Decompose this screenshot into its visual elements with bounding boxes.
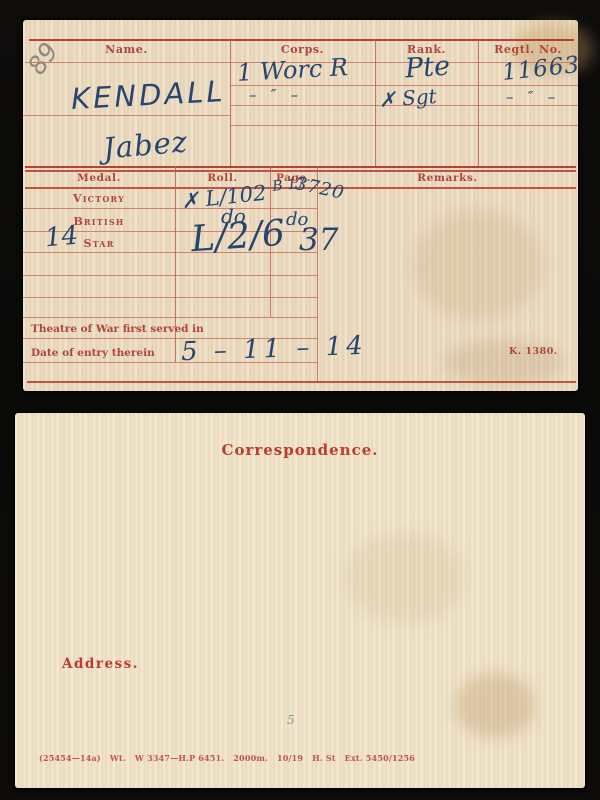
date-of-entry-value: 5 – 11 – 14 [181, 331, 368, 367]
corps-ditto: – ″ – [249, 86, 298, 104]
ruled-line [230, 125, 578, 126]
ruled-line [23, 275, 317, 276]
theatre-of-war-label: Theatre of War first served in [31, 323, 204, 335]
scanner-background: 89 Name. Corps. Rank. Regtl. No. KENDALL… [0, 0, 600, 800]
corps-column-header: Corps. [230, 43, 375, 56]
star-roll-value: L/2/6 [190, 213, 287, 260]
rank-value: Pte [404, 50, 451, 84]
victory-medal-label: Victory [23, 192, 175, 205]
date-of-entry-label: Date of entry therein [31, 347, 155, 359]
medal-index-card-back: Correspondence. Address. 5 (25454—14a) W… [15, 413, 585, 788]
form-reference: K. 1380. [509, 346, 558, 357]
medal-column-header: Medal. [23, 172, 175, 184]
ruled-line [23, 115, 230, 116]
column-divider [230, 39, 231, 167]
column-divider [478, 39, 479, 167]
surname-value: KENDALL [70, 74, 226, 116]
ruled-line [23, 297, 317, 298]
address-label: Address. [62, 656, 139, 672]
forename-value: Jabez [102, 124, 190, 165]
ruled-line [25, 166, 576, 168]
star-prefix-value: 14 [44, 221, 80, 254]
remarks-column-header: Remarks. [317, 172, 578, 184]
column-divider [375, 39, 376, 167]
rank-promotion-value: ✗ Sgt [378, 84, 437, 112]
regtl-no-ditto: – ″ – [506, 88, 555, 106]
printer-imprint: (25454—14a) Wt. W 3347—H.P 6451. 2000m. … [39, 753, 415, 763]
correspondence-title: Correspondence. [15, 441, 585, 459]
name-column-header: Name. [23, 43, 230, 56]
ruled-line [23, 208, 317, 209]
star-page-value: 37 [299, 222, 338, 258]
ruled-line [27, 381, 576, 383]
corps-value: 1 Worc R [236, 53, 348, 87]
ruled-line [29, 39, 574, 41]
ruled-line [23, 317, 317, 318]
paper-stain [413, 210, 543, 320]
stray-pen-mark: 5 [287, 713, 295, 727]
regtl-no-value: 11663 [501, 52, 581, 86]
medal-index-card-front: 89 Name. Corps. Rank. Regtl. No. KENDALL… [23, 20, 578, 391]
paper-stain [455, 673, 535, 738]
paper-stain [345, 533, 465, 623]
